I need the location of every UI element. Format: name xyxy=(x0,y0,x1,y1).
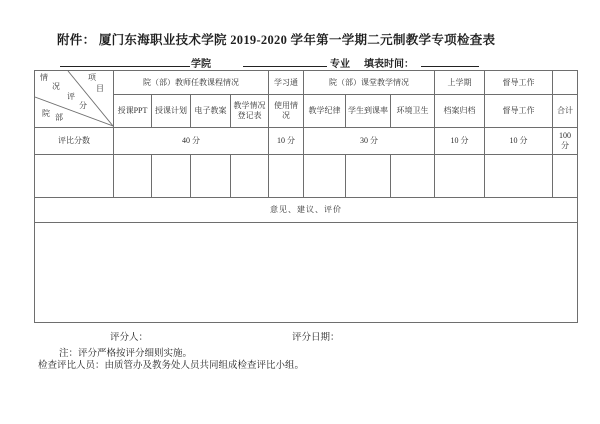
sub-header-ppt: 授课PPT xyxy=(114,95,152,128)
sub-header-environment: 环境卫生 xyxy=(391,95,435,128)
corner-char-qing: 情 xyxy=(40,74,48,82)
document-page: 附件： 厦门东海职业技术学院 2019-2020 学年第一学期二元制教学专项检查… xyxy=(0,0,600,424)
group-header-supervision: 督导工作 xyxy=(485,71,553,95)
entry-cell xyxy=(191,155,231,198)
entry-cell xyxy=(485,155,553,198)
entry-cell xyxy=(391,155,435,198)
major-blank-line xyxy=(243,56,327,67)
score-archive: 10 分 xyxy=(435,128,485,155)
sub-header-archive: 档案归档 xyxy=(435,95,485,128)
score-row-label: 评比分数 xyxy=(35,128,114,155)
corner-char-kuang: 况 xyxy=(52,83,60,91)
corner-char-ping: 评 xyxy=(67,93,75,101)
score-classroom: 30 分 xyxy=(304,128,435,155)
score-course: 40 分 xyxy=(114,128,269,155)
sub-header-discipline: 教学纪律 xyxy=(304,95,346,128)
comment-header-cell: 意见、建议、评价 xyxy=(35,198,578,223)
group-header-last-term: 上学期 xyxy=(435,71,485,95)
college-label: 学院 xyxy=(191,55,211,70)
fill-time-blank-line xyxy=(421,56,479,67)
corner-char-bu: 部 xyxy=(55,114,63,122)
college-blank-line xyxy=(60,56,190,67)
sub-header-eplan: 电子教案 xyxy=(191,95,231,128)
entry-cell xyxy=(435,155,485,198)
corner-char-mu: 目 xyxy=(96,85,104,93)
score-xuexitong: 10 分 xyxy=(269,128,304,155)
scorer-label: 评分人： xyxy=(110,329,148,343)
inspection-table: 情 况 项 目 评 分 院 部 院（部）教师任教课程情况 学习通 院（部）课堂教… xyxy=(34,70,578,323)
corner-char-xiang: 项 xyxy=(88,74,96,82)
entry-cell-department xyxy=(35,155,114,198)
sub-header-attendance: 学生到课率 xyxy=(346,95,391,128)
score-total: 100 分 xyxy=(553,128,578,155)
corner-char-fen: 分 xyxy=(79,102,87,110)
document-title: 附件： 厦门东海职业技术学院 2019-2020 学年第一学期二元制教学专项检查… xyxy=(57,30,495,48)
score-supervision: 10 分 xyxy=(485,128,553,155)
entry-cell xyxy=(114,155,152,198)
group-header-teacher-course: 院（部）教师任教课程情况 xyxy=(114,71,269,95)
entry-cell xyxy=(152,155,191,198)
corner-char-yuan: 院 xyxy=(42,110,50,118)
sub-header-total: 合计 xyxy=(553,95,578,128)
sub-header-plan: 授课计划 xyxy=(152,95,191,128)
group-header-empty xyxy=(553,71,578,95)
major-label: 专业 xyxy=(330,55,350,70)
sub-header-usage: 使用情况 xyxy=(269,95,304,128)
score-date-label: 评分日期： xyxy=(292,329,340,343)
entry-cell xyxy=(269,155,304,198)
sub-header-supervision: 督导工作 xyxy=(485,95,553,128)
note-inspection-team: 检查评比人员：由质管办及教务处人员共同组成检查评比小组。 xyxy=(38,357,304,371)
diagonal-header-cell: 情 况 项 目 评 分 院 部 xyxy=(35,71,114,128)
fill-time-label: 填表时间： xyxy=(364,55,414,70)
entry-cell xyxy=(304,155,346,198)
sub-header-register: 教学情况登记表 xyxy=(231,95,269,128)
comment-entry-area xyxy=(35,223,578,323)
entry-cell xyxy=(346,155,391,198)
entry-cell xyxy=(231,155,269,198)
group-header-xuexitong: 学习通 xyxy=(269,71,304,95)
entry-cell xyxy=(553,155,578,198)
group-header-classroom: 院（部）课堂教学情况 xyxy=(304,71,435,95)
